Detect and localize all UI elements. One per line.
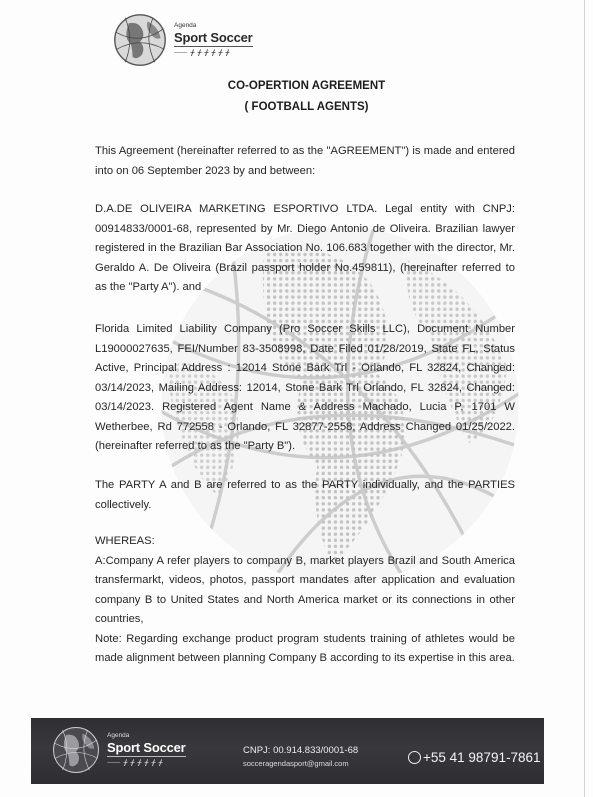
parties-paragraph: The PARTY A and B are referred to as the… — [95, 476, 515, 515]
whereas-note: Note: Regarding exchange product program… — [95, 630, 515, 669]
intro-paragraph: This Agreement (hereinafter referred to … — [95, 142, 515, 181]
footer-logo: Agenda Sport Soccer ⸺ᚋᚋᚋᚋᚋᚋ — [51, 725, 186, 775]
player-figures-icon: ⸺ᚋᚋᚋᚋᚋᚋ — [107, 759, 186, 767]
document-title: CO-OPERTION AGREEMENT — [10, 80, 593, 92]
header-brand: Agenda Sport Soccer ⸺ᚋᚋᚋᚋᚋᚋ — [174, 23, 253, 57]
footer-cnpj: CNPJ: 00.914.833/0001-68 — [243, 745, 358, 756]
globe-logo-icon — [112, 12, 168, 68]
brand-agenda-label: Agenda — [174, 23, 253, 30]
whereas-heading: WHEREAS: — [95, 532, 515, 552]
player-figures-icon: ⸺ᚋᚋᚋᚋᚋᚋ — [174, 49, 253, 57]
brand-name: Sport Soccer — [174, 31, 253, 47]
whereas-clause-a: A:Company A refer players to company B, … — [95, 552, 515, 630]
whatsapp-icon — [408, 751, 421, 764]
scan-edge-line — [584, 0, 585, 797]
footer-phone[interactable]: +55 41 98791-7861 — [408, 750, 541, 765]
brand-name: Sport Soccer — [107, 741, 186, 757]
footer-brand: Agenda Sport Soccer ⸺ᚋᚋᚋᚋᚋᚋ — [107, 733, 186, 767]
header-logo: Agenda Sport Soccer ⸺ᚋᚋᚋᚋᚋᚋ — [112, 12, 253, 68]
footer-banner: Agenda Sport Soccer ⸺ᚋᚋᚋᚋᚋᚋ CNPJ: 00.914… — [31, 718, 544, 784]
party-a-paragraph: D.A.DE OLIVEIRA MARKETING ESPORTIVO LTDA… — [95, 200, 515, 298]
phone-number: +55 41 98791-7861 — [423, 750, 541, 765]
footer-email[interactable]: socceragendasport@gmail.com — [243, 759, 349, 768]
globe-logo-icon — [51, 725, 101, 775]
document-subtitle: ( FOOTBALL AGENTS) — [10, 101, 593, 113]
brand-agenda-label: Agenda — [107, 733, 186, 740]
whereas-section: WHEREAS: A:Company A refer players to co… — [95, 532, 515, 669]
party-b-paragraph: Florida Limited Liability Company (Pro S… — [95, 320, 515, 457]
